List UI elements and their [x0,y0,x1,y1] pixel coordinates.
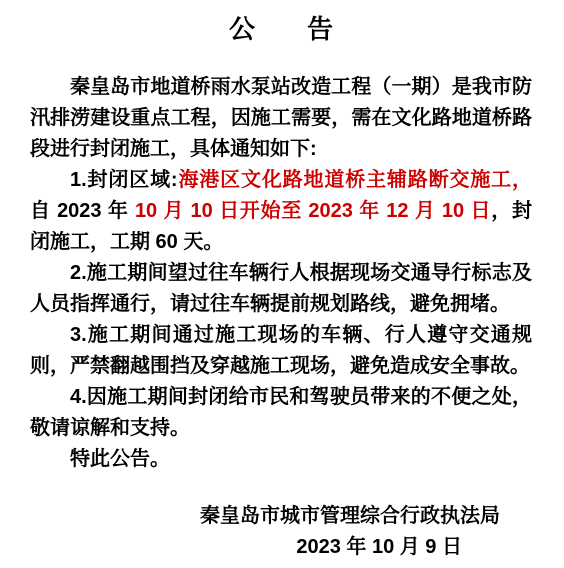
issuer-signature: 秦皇岛市城市管理综合行政执法局 [30,501,532,532]
text-segment: 3.施工期间通过施工现场的车辆、行人遵守交通规则，严禁翻越围挡及穿越施工现场，避… [30,324,532,377]
text-segment: 特此公告。 [70,448,170,470]
issue-date: 2023 年 10 月 9 日 [30,532,532,563]
text-segment: 自 2023 年 [30,200,135,222]
intro-paragraph: 秦皇岛市地道桥雨水泵站改造工程（一期）是我市防汛排涝建设重点工程，因施工需要，需… [30,72,532,165]
text-segment: 1.封闭区域: [70,169,178,191]
text-segment: 4.因施工期间封闭给市民和驾驶员带来的不便之处，敬请谅解和支持。 [30,386,532,439]
closure-dates-highlight: 10 月 10 日开始至 2023 年 12 月 10 日 [135,200,491,222]
closing-paragraph: 特此公告。 [30,444,532,475]
closure-area-paragraph: 1.封闭区域:海港区文化路地道桥主辅路断交施工，自 2023 年 10 月 10… [30,165,532,258]
safety-rules-paragraph: 3.施工期间通过施工现场的车辆、行人遵守交通规则，严禁翻越围挡及穿越施工现场，避… [30,320,532,382]
text-segment: 秦皇岛市地道桥雨水泵站改造工程（一期）是我市防汛排涝建设重点工程，因施工需要，需… [30,76,532,160]
closure-area-highlight: 海港区文化路地道桥主辅路断交施工， [178,169,532,191]
text-segment: 2.施工期间望过往车辆行人根据现场交通导行标志及人员指挥通行，请过往车辆提前规划… [30,262,532,315]
apology-paragraph: 4.因施工期间封闭给市民和驾驶员带来的不便之处，敬请谅解和支持。 [30,382,532,444]
notice-title: 公 告 [30,14,532,45]
notice-document: 公 告 秦皇岛市地道桥雨水泵站改造工程（一期）是我市防汛排涝建设重点工程，因施工… [0,0,564,568]
notice-body: 秦皇岛市地道桥雨水泵站改造工程（一期）是我市防汛排涝建设重点工程，因施工需要，需… [30,72,532,475]
traffic-guidance-paragraph: 2.施工期间望过往车辆行人根据现场交通导行标志及人员指挥通行，请过往车辆提前规划… [30,258,532,320]
